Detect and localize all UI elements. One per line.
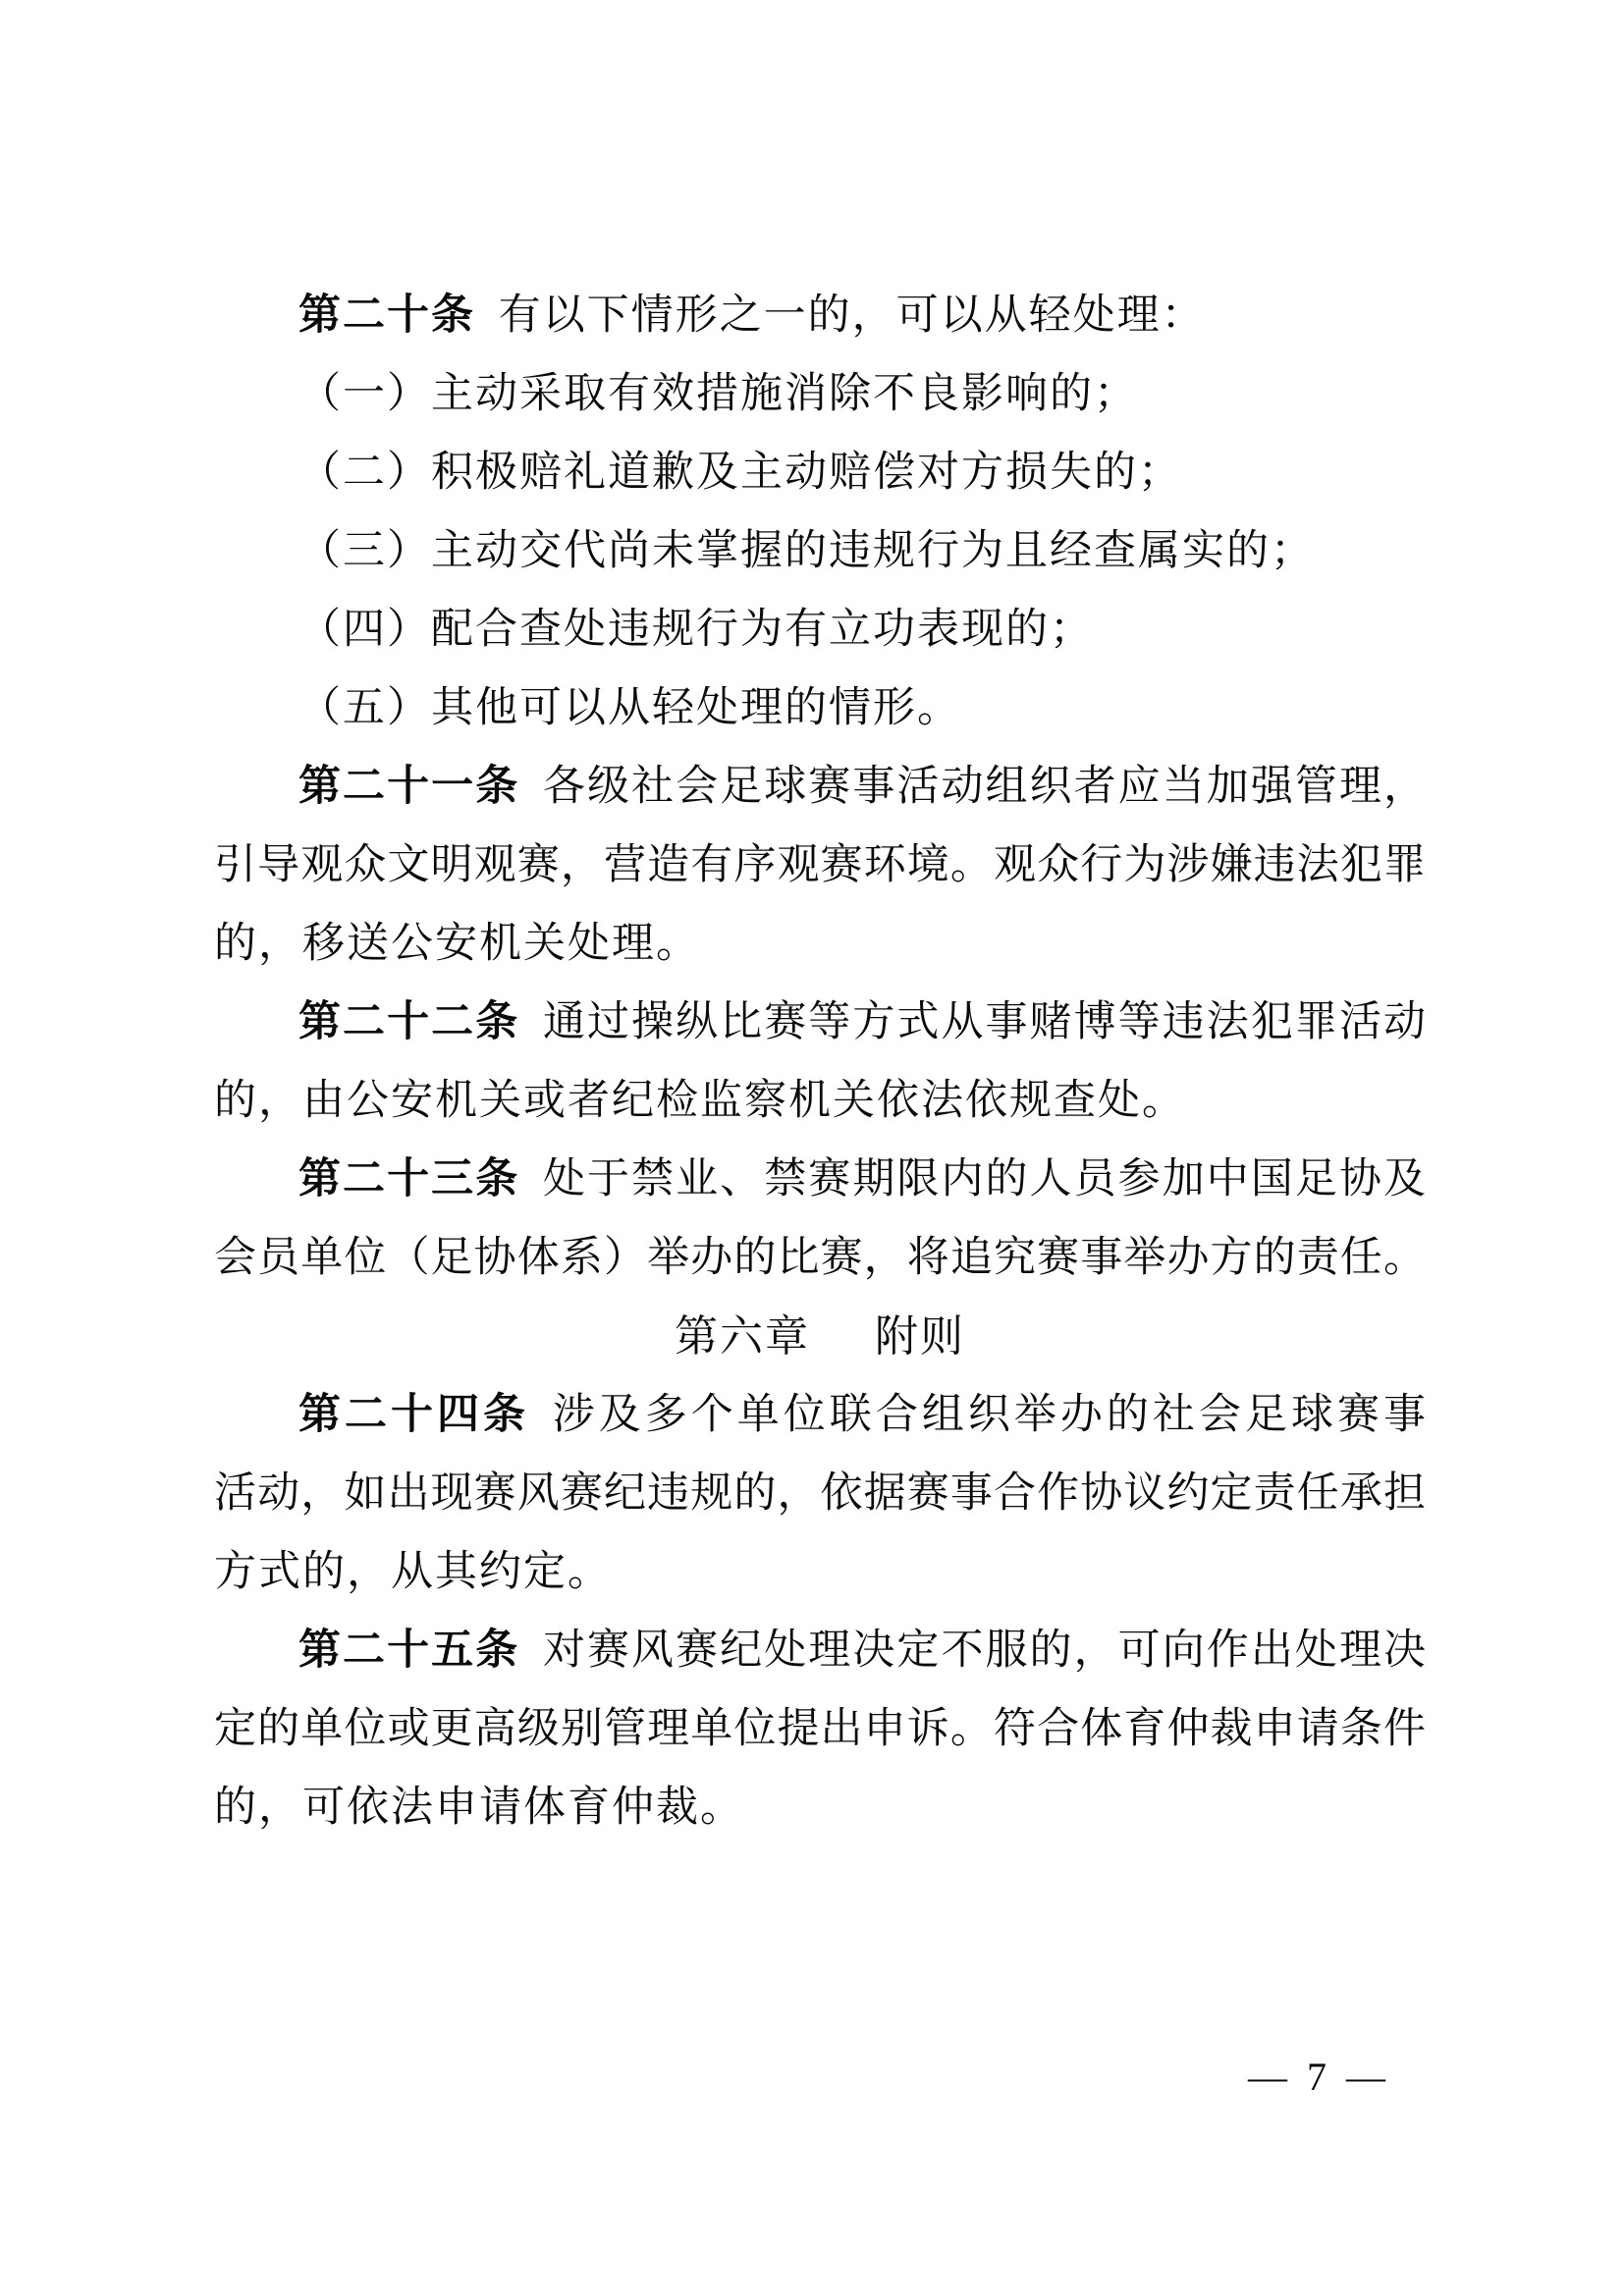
line-article-20: 第二十条有以下情形之一的，可以从轻处理：	[214, 277, 1426, 355]
article-24-cont-1-text: 活动，如出现赛风赛纪违规的，依据赛事合作协议约定责任承担	[214, 1470, 1426, 1517]
line-item-3: （三）主动交代尚未掌握的违规行为且经查属实的；	[214, 512, 1426, 591]
page-number: — 7 —	[1248, 2054, 1390, 2101]
line-article-23: 第二十三条处于禁业、禁赛期限内的人员参加中国足协及	[214, 1141, 1426, 1219]
article-25-cont-2-text: 的，可依法申请体育仲裁。	[214, 1785, 744, 1831]
chapter-title: 附则	[875, 1312, 965, 1361]
line-article-25-cont-2: 的，可依法申请体育仲裁。	[214, 1769, 1426, 1847]
article-20-number: 第二十条	[298, 293, 475, 339]
article-25-text: 对赛风赛纪处理决定不服的，可向作出处理决	[543, 1628, 1426, 1674]
article-24-cont-2-text: 方式的，从其约定。	[214, 1549, 612, 1595]
article-22-cont-1-text: 的，由公安机关或者纪检监察机关依法依规查处。	[214, 1078, 1186, 1124]
line-article-24-cont-2: 方式的，从其约定。	[214, 1533, 1426, 1612]
article-23-text: 处于禁业、禁赛期限内的人员参加中国足协及	[543, 1156, 1426, 1202]
line-article-25-cont-1: 定的单位或更高级别管理单位提出申诉。符合体育仲裁申请条件	[214, 1690, 1426, 1769]
article-22-number: 第二十二条	[298, 999, 519, 1045]
article-21-cont-1-text: 引导观众文明观赛，营造有序观赛环境。观众行为涉嫌违法犯罪	[214, 842, 1426, 888]
line-article-25: 第二十五条对赛风赛纪处理决定不服的，可向作出处理决	[214, 1612, 1426, 1690]
line-article-23-cont-1: 会员单位（足协体系）举办的比赛，将追究赛事举办方的责任。	[214, 1219, 1426, 1298]
line-article-22-cont-1: 的，由公安机关或者纪检监察机关依法依规查处。	[214, 1062, 1426, 1141]
item-2-text: （二）积极赔礼道歉及主动赔偿对方损失的；	[298, 450, 1182, 496]
line-item-5: （五）其他可以从轻处理的情形。	[214, 669, 1426, 748]
line-article-21-cont-2: 的，移送公安机关处理。	[214, 905, 1426, 984]
item-1-text: （一）主动采取有效措施消除不良影响的；	[298, 371, 1138, 417]
line-article-21: 第二十一条各级社会足球赛事活动组织者应当加强管理，	[214, 748, 1426, 827]
article-25-cont-1-text: 定的单位或更高级别管理单位提出申诉。符合体育仲裁申请条件	[214, 1706, 1426, 1752]
line-article-22: 第二十二条通过操纵比赛等方式从事赌博等违法犯罪活动	[214, 984, 1426, 1062]
item-3-text: （三）主动交代尚未掌握的违规行为且经查属实的；	[298, 528, 1315, 574]
document-body: 第二十条有以下情形之一的，可以从轻处理： （一）主动采取有效措施消除不良影响的；…	[214, 277, 1426, 1847]
article-23-number: 第二十三条	[298, 1156, 519, 1202]
line-article-24-cont-1: 活动，如出现赛风赛纪违规的，依据赛事合作协议约定责任承担	[214, 1455, 1426, 1533]
document-page: 第二十条有以下情形之一的，可以从轻处理： （一）主动采取有效措施消除不良影响的；…	[0, 0, 1624, 2296]
line-item-2: （二）积极赔礼道歉及主动赔偿对方损失的；	[214, 434, 1426, 512]
line-article-24: 第二十四条涉及多个单位联合组织举办的社会足球赛事	[214, 1376, 1426, 1455]
article-21-number: 第二十一条	[298, 764, 519, 810]
chapter-number: 第六章	[675, 1312, 810, 1361]
article-24-text: 涉及多个单位联合组织举办的社会足球赛事	[553, 1392, 1426, 1438]
line-article-21-cont-1: 引导观众文明观赛，营造有序观赛环境。观众行为涉嫌违法犯罪	[214, 827, 1426, 905]
line-item-4: （四）配合查处违规行为有立功表现的；	[214, 591, 1426, 669]
article-21-text: 各级社会足球赛事活动组织者应当加强管理，	[543, 764, 1426, 810]
article-22-text: 通过操纵比赛等方式从事赌博等违法犯罪活动	[543, 999, 1426, 1045]
item-5-text: （五）其他可以从轻处理的情形。	[298, 685, 961, 731]
article-23-cont-1-text: 会员单位（足协体系）举办的比赛，将追究赛事举办方的责任。	[214, 1235, 1426, 1281]
article-20-text: 有以下情形之一的，可以从轻处理：	[499, 293, 1206, 339]
chapter-heading: 第六章附则	[214, 1298, 1426, 1376]
article-24-number: 第二十四条	[298, 1392, 529, 1438]
article-25-number: 第二十五条	[298, 1628, 519, 1674]
line-item-1: （一）主动采取有效措施消除不良影响的；	[214, 355, 1426, 434]
item-4-text: （四）配合查处违规行为有立功表现的；	[298, 607, 1094, 653]
article-21-cont-2-text: 的，移送公安机关处理。	[214, 921, 700, 967]
